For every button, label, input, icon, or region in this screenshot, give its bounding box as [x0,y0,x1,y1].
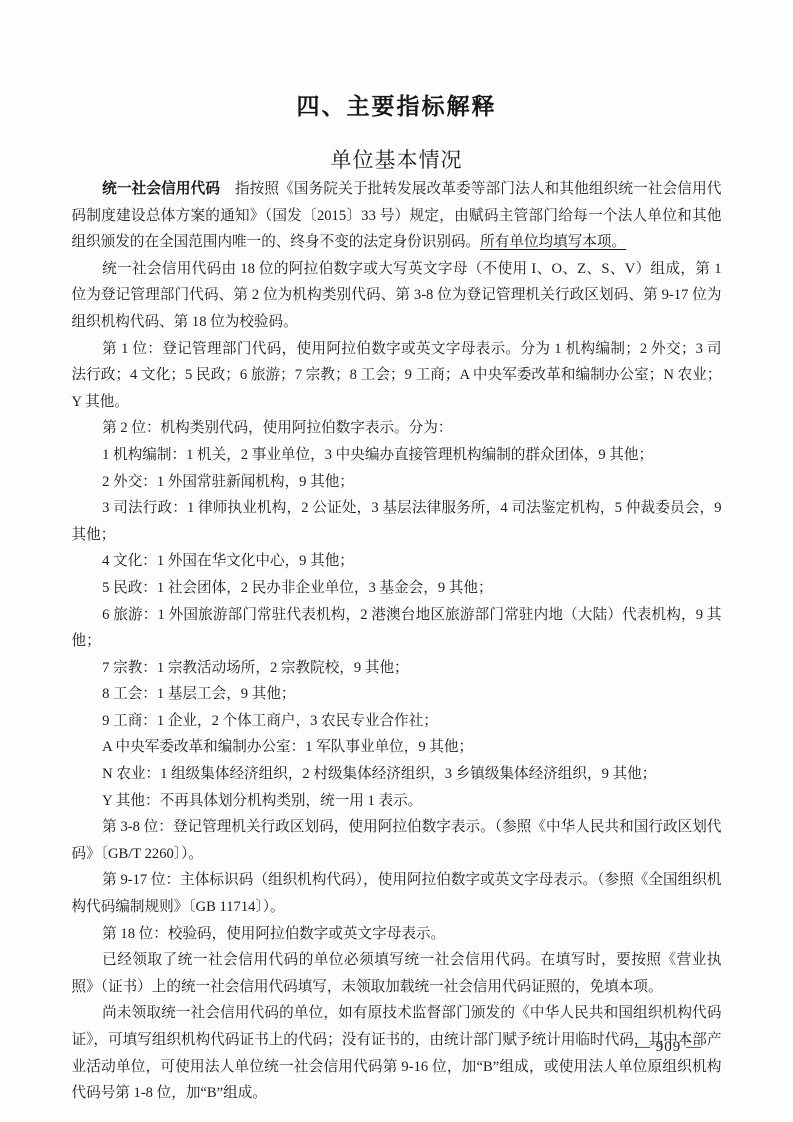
page-number: — 909 — [635,1037,702,1057]
paragraph: 第 1 位：登记管理部门代码，使用阿拉伯数字或英文字母表示。分为 1 机构编制；… [72,336,722,416]
paragraph: 第 2 位：机构类别代码，使用阿拉伯数字表示。分为： [72,415,722,442]
paragraph: 3 司法行政：1 律师执业机构，2 公证处，3 基层法律服务所，4 司法鉴定机构… [72,495,722,548]
paragraph: 5 民政：1 社会团体，2 民办非企业单位，3 基金会，9 其他； [72,575,722,602]
definition-underlined-note: 所有单位均填写本项。 [480,234,626,250]
paragraph: 2 外交：1 外国常驻新闻机构，9 其他； [72,469,722,496]
page-title: 四、主要指标解释 [0,92,793,121]
section-heading: 单位基本情况 [0,147,793,173]
paragraph: 6 旅游：1 外国旅游部门常驻代表机构，2 港澳台地区旅游部门常驻内地（大陆）代… [72,602,722,655]
paragraph: Y 其他：不再具体划分机构类别，统一用 1 表示。 [72,788,722,815]
paragraph: 已经领取了统一社会信用代码的单位必须填写统一社会信用代码。在填写时，要按照《营业… [72,947,722,1000]
paragraph: A 中央军委改革和编制办公室：1 军队事业单位，9 其他； [72,734,722,761]
paragraph: 4 文化：1 外国在华文化中心，9 其他； [72,548,722,575]
paragraph: 9 工商：1 企业，2 个体工商户，3 农民专业合作社； [72,708,722,735]
definition-term: 统一社会信用代码 [102,181,220,197]
paragraph: 第 3-8 位：登记管理机关行政区划码，使用阿拉伯数字表示。（参照《中华人民共和… [72,814,722,867]
paragraph: 7 宗教：1 宗教活动场所，2 宗教院校，9 其他； [72,655,722,682]
paragraph: 统一社会信用代码由 18 位的阿拉伯数字或大写英文字母（不使用 I、O、Z、S、… [72,256,722,336]
body-text: 统一社会信用代码 指按照《国务院关于批转发展改革委等部门法人和其他组织统一社会信… [72,176,722,1107]
body-paragraphs: 统一社会信用代码由 18 位的阿拉伯数字或大写英文字母（不使用 I、O、Z、S、… [72,256,722,1107]
paragraph: 尚未领取统一社会信用代码的单位，如有原技术监督部门颁发的《中华人民共和国组织机构… [72,1000,722,1106]
paragraph: 8 工会：1 基层工会，9 其他； [72,681,722,708]
paragraph: N 农业：1 组级集体经济组织，2 村级集体经济组织，3 乡镇级集体经济组织，9… [72,761,722,788]
paragraph: 第 18 位：校验码，使用阿拉伯数字或英文字母表示。 [72,921,722,948]
definition-paragraph: 统一社会信用代码 指按照《国务院关于批转发展改革委等部门法人和其他组织统一社会信… [72,176,722,256]
document-page: 四、主要指标解释 单位基本情况 统一社会信用代码 指按照《国务院关于批转发展改革… [0,0,793,1122]
paragraph: 第 9-17 位：主体标识码（组织机构代码），使用阿拉伯数字或英文字母表示。（参… [72,867,722,920]
paragraph: 1 机构编制：1 机关，2 事业单位，3 中央编办直接管理机构编制的群众团体，9… [72,442,722,469]
